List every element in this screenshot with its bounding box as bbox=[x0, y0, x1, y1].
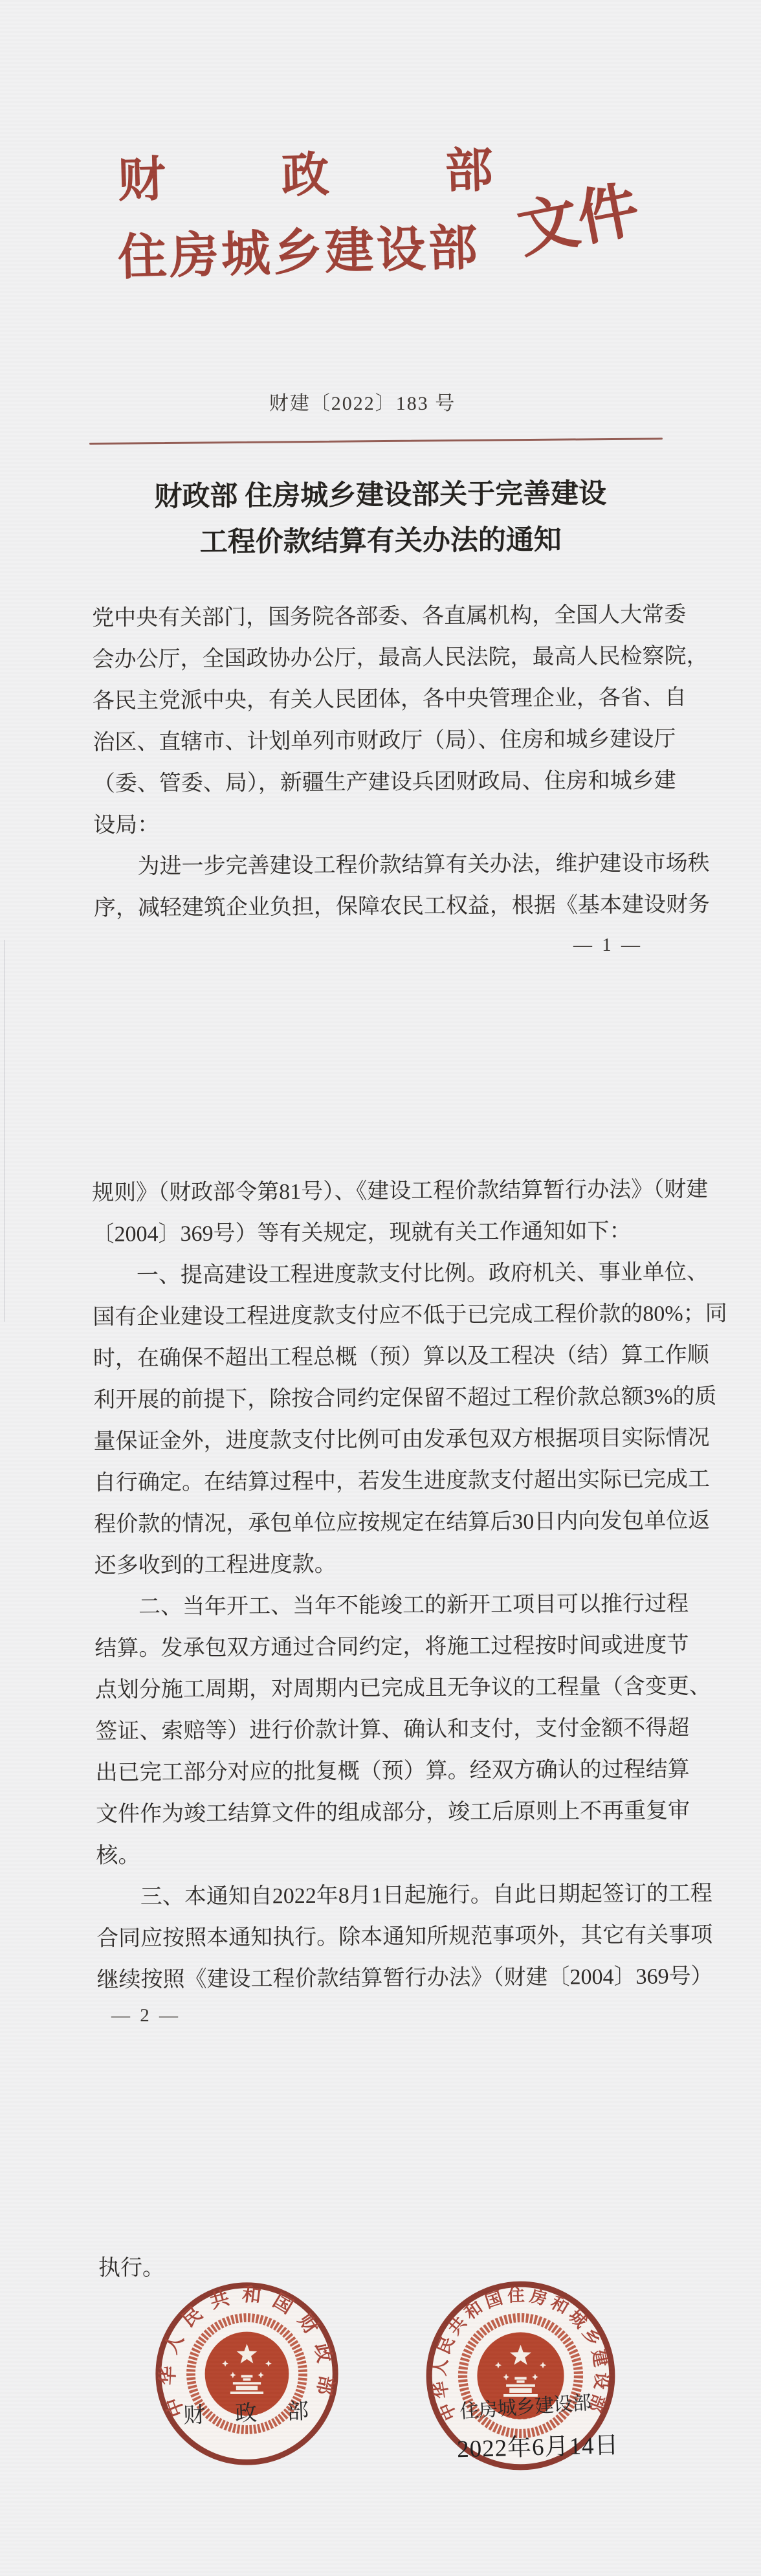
addressee-paragraph: 党中央有关部门，国务院各部委、各直属机构，全国人大常委 会办公厅，全国政协办公厅… bbox=[92, 594, 734, 847]
red-divider-line bbox=[89, 438, 663, 445]
sentence-continuation: 执行。 bbox=[98, 2250, 164, 2282]
scan-artifact-line bbox=[4, 940, 5, 1322]
basis-paragraph: 规则》（财政部令第81号）、《建设工程价款结算暂行办法》（财建 〔2004〕36… bbox=[92, 1169, 733, 1256]
document-title: 财政部 住房城乡建设部关于完善建设 工程价款结算有关办法的通知 bbox=[0, 470, 761, 567]
page1-body: 党中央有关部门，国务院各部委、各直属机构，全国人大常委 会办公厅，全国政协办公厅… bbox=[92, 594, 734, 929]
section-1-paragraph: 一、提高建设工程进度款支付比例。政府机关、事业单位、 国有企业建设工程进度款支付… bbox=[93, 1252, 735, 1587]
intro-paragraph: 为进一步完善建设工程价款结算有关办法，维护建设市场秩 序，减轻建筑企业负担，保障… bbox=[93, 843, 734, 929]
page-number-1: — 1 — bbox=[573, 935, 643, 956]
page2-body: 规则》（财政部令第81号）、《建设工程价款结算暂行办法》（财建 〔2004〕36… bbox=[92, 1169, 738, 2001]
signature-date: 2022年6月14日 bbox=[456, 2425, 619, 2465]
section-2-paragraph: 二、当年开工、当年不能竣工的新开工项目可以推行过程 结算。发承包双方通过合同约定… bbox=[94, 1583, 737, 1877]
document-number: 财建〔2022〕183 号 bbox=[0, 387, 725, 416]
page-number-2: — 2 — bbox=[111, 2005, 181, 2026]
letterhead-agency-housing: 住房城乡建设部 bbox=[117, 221, 481, 285]
seal-ministry-of-finance: 中华人民共和国财政部 bbox=[151, 2278, 342, 2469]
letterhead-doc-type: 文件 bbox=[513, 178, 644, 264]
signature-agency-finance: 财政部 bbox=[182, 2392, 339, 2429]
scanned-official-document: 财政部 住房城乡建设部 文件 财建〔2022〕183 号 财政部 住房城乡建设部… bbox=[0, 0, 761, 2576]
section-3-paragraph: 三、本通知自2022年8月1日起施行。自此日期起签订的工程 合同应按照本通知执行… bbox=[96, 1873, 738, 2001]
letterhead-agency-finance: 财政部 bbox=[117, 145, 494, 208]
